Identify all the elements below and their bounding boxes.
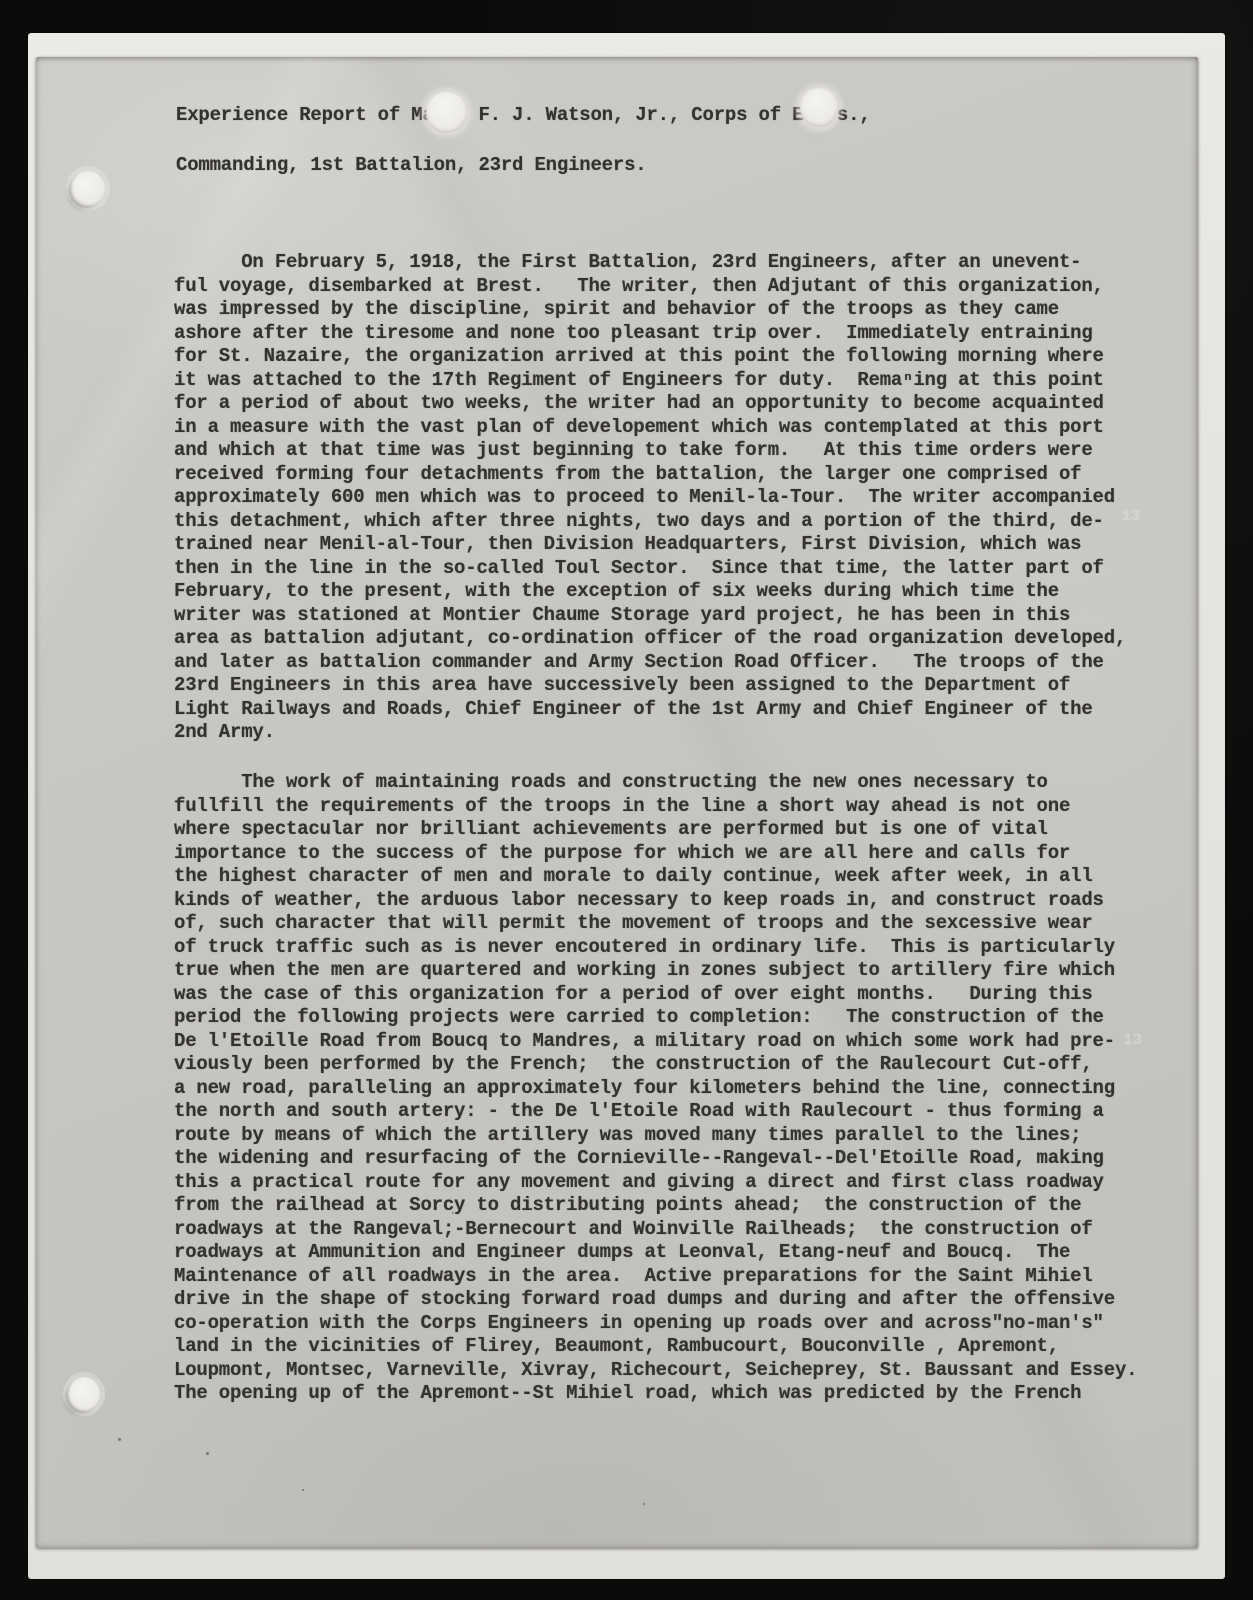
document-page: Experience Report of Major F. J. Watson,… — [36, 57, 1198, 1548]
punch-hole-side-upper — [71, 171, 105, 206]
margin-mark-upper: 13 — [1121, 507, 1140, 525]
dust-speck — [452, 1212, 454, 1214]
paragraph-1: On February 5, 1918, the First Battalion… — [174, 251, 1126, 745]
punch-hole-top-right — [800, 88, 838, 127]
dust-speck — [206, 1452, 209, 1455]
paragraph-2: The work of maintaining roads and constr… — [174, 771, 1137, 1406]
document-title-line-1: Experience Report of Major F. J. Watson,… — [176, 104, 871, 128]
dust-speck — [643, 1503, 645, 1505]
document-title-line-2: Commanding, 1st Battalion, 23rd Engineer… — [176, 154, 646, 178]
scan-background: Experience Report of Major F. J. Watson,… — [0, 0, 1253, 1600]
dust-speck — [1090, 55, 1092, 57]
dust-speck — [302, 1489, 304, 1491]
punch-hole-top-left — [426, 92, 467, 133]
dust-speck — [118, 1438, 121, 1441]
punch-hole-side-lower — [68, 1377, 100, 1411]
margin-mark-lower: 13 — [1123, 1031, 1142, 1049]
